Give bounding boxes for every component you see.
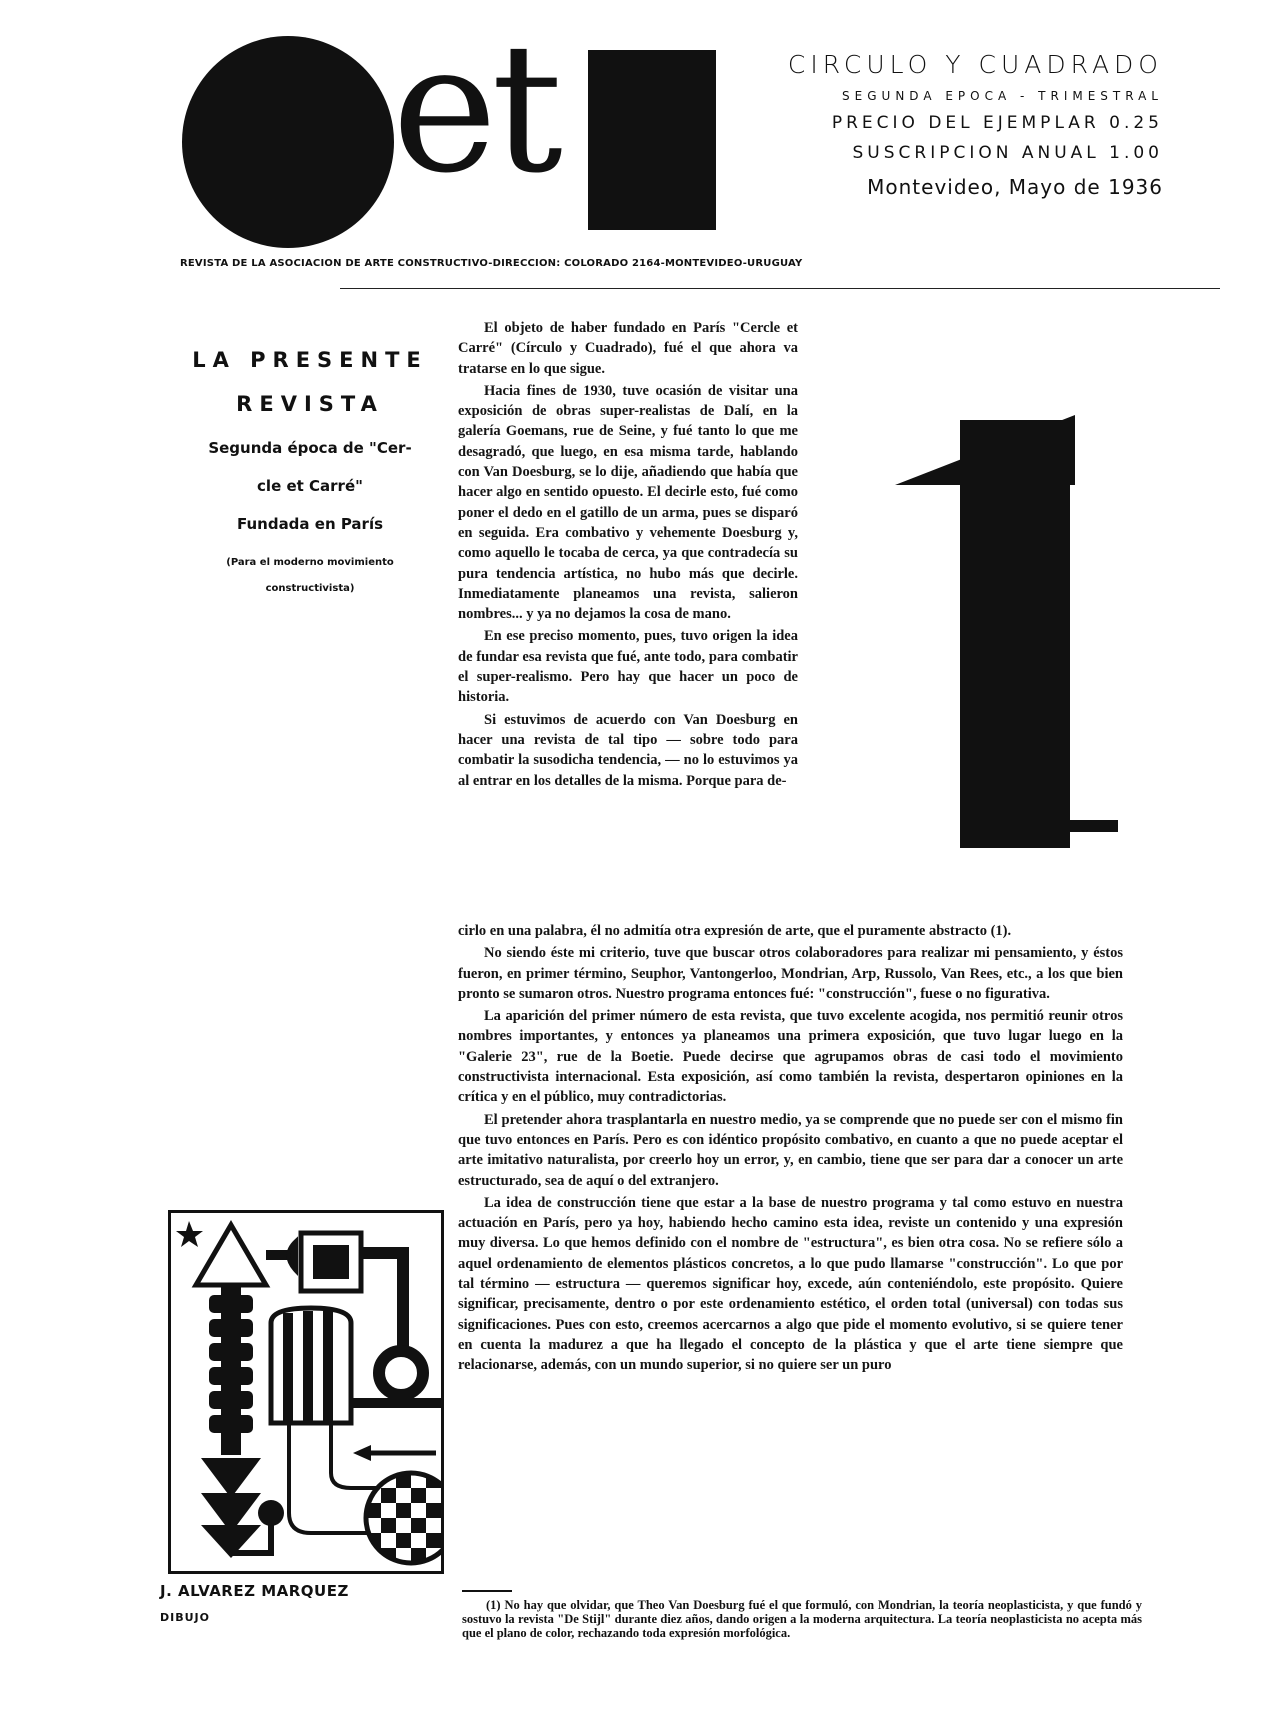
address-line: REVISTA DE LA ASOCIACION DE ARTE CONSTRU…: [180, 258, 802, 269]
footnote: (1) No hay que olvidar, que Theo Van Doe…: [462, 1598, 1142, 1640]
article-narrow-column: El objeto de haber fundado en París "Cer…: [458, 318, 798, 793]
paragraph: El pretender ahora trasplantarla en nues…: [458, 1110, 1123, 1191]
note-line-1: (Para el moderno movimiento: [180, 550, 440, 576]
header-divider: [340, 288, 1220, 289]
masthead-info: CIRCULO Y CUADRADO SEGUNDA EPOCA - TRIME…: [788, 50, 1163, 199]
paragraph: La idea de construcción tiene que estar …: [458, 1193, 1123, 1376]
paragraph: Hacia fines de 1930, tuve ocasión de vis…: [458, 381, 798, 625]
paragraph: cirlo en una palabra, él no admitía otra…: [458, 921, 1123, 941]
sidebar-heading-block: LA PRESENTE REVISTA Segunda época de "Ce…: [180, 338, 440, 602]
publication-title: CIRCULO Y CUADRADO: [788, 50, 1163, 79]
subscription-line: SUSCRIPCION ANUAL 1.00: [788, 143, 1163, 163]
note-line-2: constructivista): [180, 576, 440, 602]
constructivist-drawing: [168, 1210, 444, 1574]
paragraph: No siendo éste mi criterio, tuve que bus…: [458, 943, 1123, 1004]
logo-square-icon: [588, 50, 716, 230]
artwork-type-caption: DIBUJO: [160, 1611, 210, 1624]
numeral-one-base: [1050, 820, 1118, 832]
heading-line-2: REVISTA: [180, 382, 440, 426]
place-date: Montevideo, Mayo de 1936: [788, 175, 1163, 199]
subheading-line-1: Segunda época de "Cer-: [180, 432, 440, 464]
footnote-text: (1) No hay que olvidar, que Theo Van Doe…: [462, 1598, 1142, 1640]
paragraph: La aparición del primer número de esta r…: [458, 1006, 1123, 1107]
footnote-divider: [462, 1590, 512, 1592]
logo-et-text: et: [392, 20, 557, 198]
heading-line-1: LA PRESENTE: [180, 338, 440, 382]
subheading-line-2: cle et Carré": [180, 470, 440, 502]
paragraph: En ese preciso momento, pues, tuvo orige…: [458, 626, 798, 707]
logo-circle-icon: [182, 36, 394, 248]
publication-subtitle: SEGUNDA EPOCA - TRIMESTRAL: [788, 89, 1163, 103]
article-wide-column: cirlo en una palabra, él no admitía otra…: [458, 921, 1123, 1378]
paragraph: Si estuvimos de acuerdo con Van Doesburg…: [458, 710, 798, 791]
price-line: PRECIO DEL EJEMPLAR 0.25: [788, 113, 1163, 133]
drawing-illustration-icon: [171, 1213, 441, 1571]
numeral-one-icon: [960, 420, 1070, 848]
artist-caption: J. ALVAREZ MARQUEZ: [160, 1582, 349, 1600]
subheading-line-3: Fundada en París: [180, 508, 440, 540]
paragraph: El objeto de haber fundado en París "Cer…: [458, 318, 798, 379]
